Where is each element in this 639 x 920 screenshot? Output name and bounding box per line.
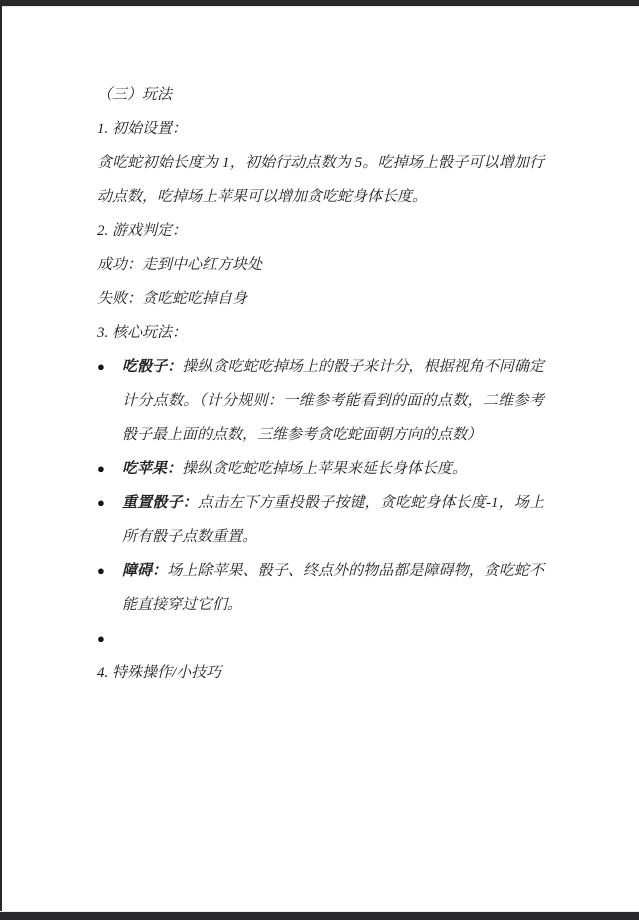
bullet-marker: ● — [97, 554, 122, 588]
page-top-hairline — [0, 6, 639, 7]
bullet-text: 操纵贪吃蛇吃掉场上的骰子来计分，根据视角不同确定计分点数。（计分规则：一维参考能… — [122, 359, 544, 443]
bullet-item-obstacles: ● 障碍：场上除苹果、骰子、终点外的物品都是障碍物，贪吃蛇不能直接穿过它们。 — [97, 554, 544, 622]
document-page: （三）玩法 1. 初始设置： 贪吃蛇初始长度为 1，初始行动点数为 5。吃掉场上… — [0, 0, 639, 920]
bullet-term: 重置骰子： — [122, 495, 198, 511]
bullet-term: 吃骰子： — [122, 359, 182, 375]
bullet-marker: ● — [97, 486, 122, 520]
success-line: 成功：走到中心红方块处 — [97, 248, 544, 282]
section-1-title: 1. 初始设置： — [97, 112, 544, 146]
fail-line: 失败：贪吃蛇吃掉自身 — [97, 282, 544, 316]
bullet-marker: ● — [97, 622, 122, 656]
section-2-title: 2. 游戏判定： — [97, 214, 544, 248]
page-body: （三）玩法 1. 初始设置： 贪吃蛇初始长度为 1，初始行动点数为 5。吃掉场上… — [97, 78, 544, 690]
section-4-title: 4. 特殊操作/小技巧 — [97, 656, 544, 690]
bullet-item-eat-apple: ● 吃苹果：操纵贪吃蛇吃掉场上苹果来延长身体长度。 — [97, 452, 544, 486]
bullet-item-reset-dice: ● 重置骰子：点击左下方重投骰子按键，贪吃蛇身体长度-1，场上所有骰子点数重置。 — [97, 486, 544, 554]
bullet-term: 障碍： — [122, 563, 167, 579]
bullet-item-eat-dice: ● 吃骰子：操纵贪吃蛇吃掉场上的骰子来计分，根据视角不同确定计分点数。（计分规则… — [97, 350, 544, 452]
section-3-title: 3. 核心玩法： — [97, 316, 544, 350]
bullet-text: 操纵贪吃蛇吃掉场上苹果来延长身体长度。 — [182, 461, 467, 477]
page-left-border — [0, 0, 2, 920]
bullet-item-empty: ● — [97, 622, 544, 656]
doc-heading: （三）玩法 — [97, 78, 544, 112]
bullet-text: 场上除苹果、骰子、终点外的物品都是障碍物，贪吃蛇不能直接穿过它们。 — [122, 563, 544, 613]
bullet-marker: ● — [97, 452, 122, 486]
page-bottom-border — [0, 912, 639, 920]
bullet-marker: ● — [97, 350, 122, 384]
section-1-paragraph: 贪吃蛇初始长度为 1，初始行动点数为 5。吃掉场上骰子可以增加行动点数，吃掉场上… — [97, 146, 544, 214]
bullet-term: 吃苹果： — [122, 461, 182, 477]
